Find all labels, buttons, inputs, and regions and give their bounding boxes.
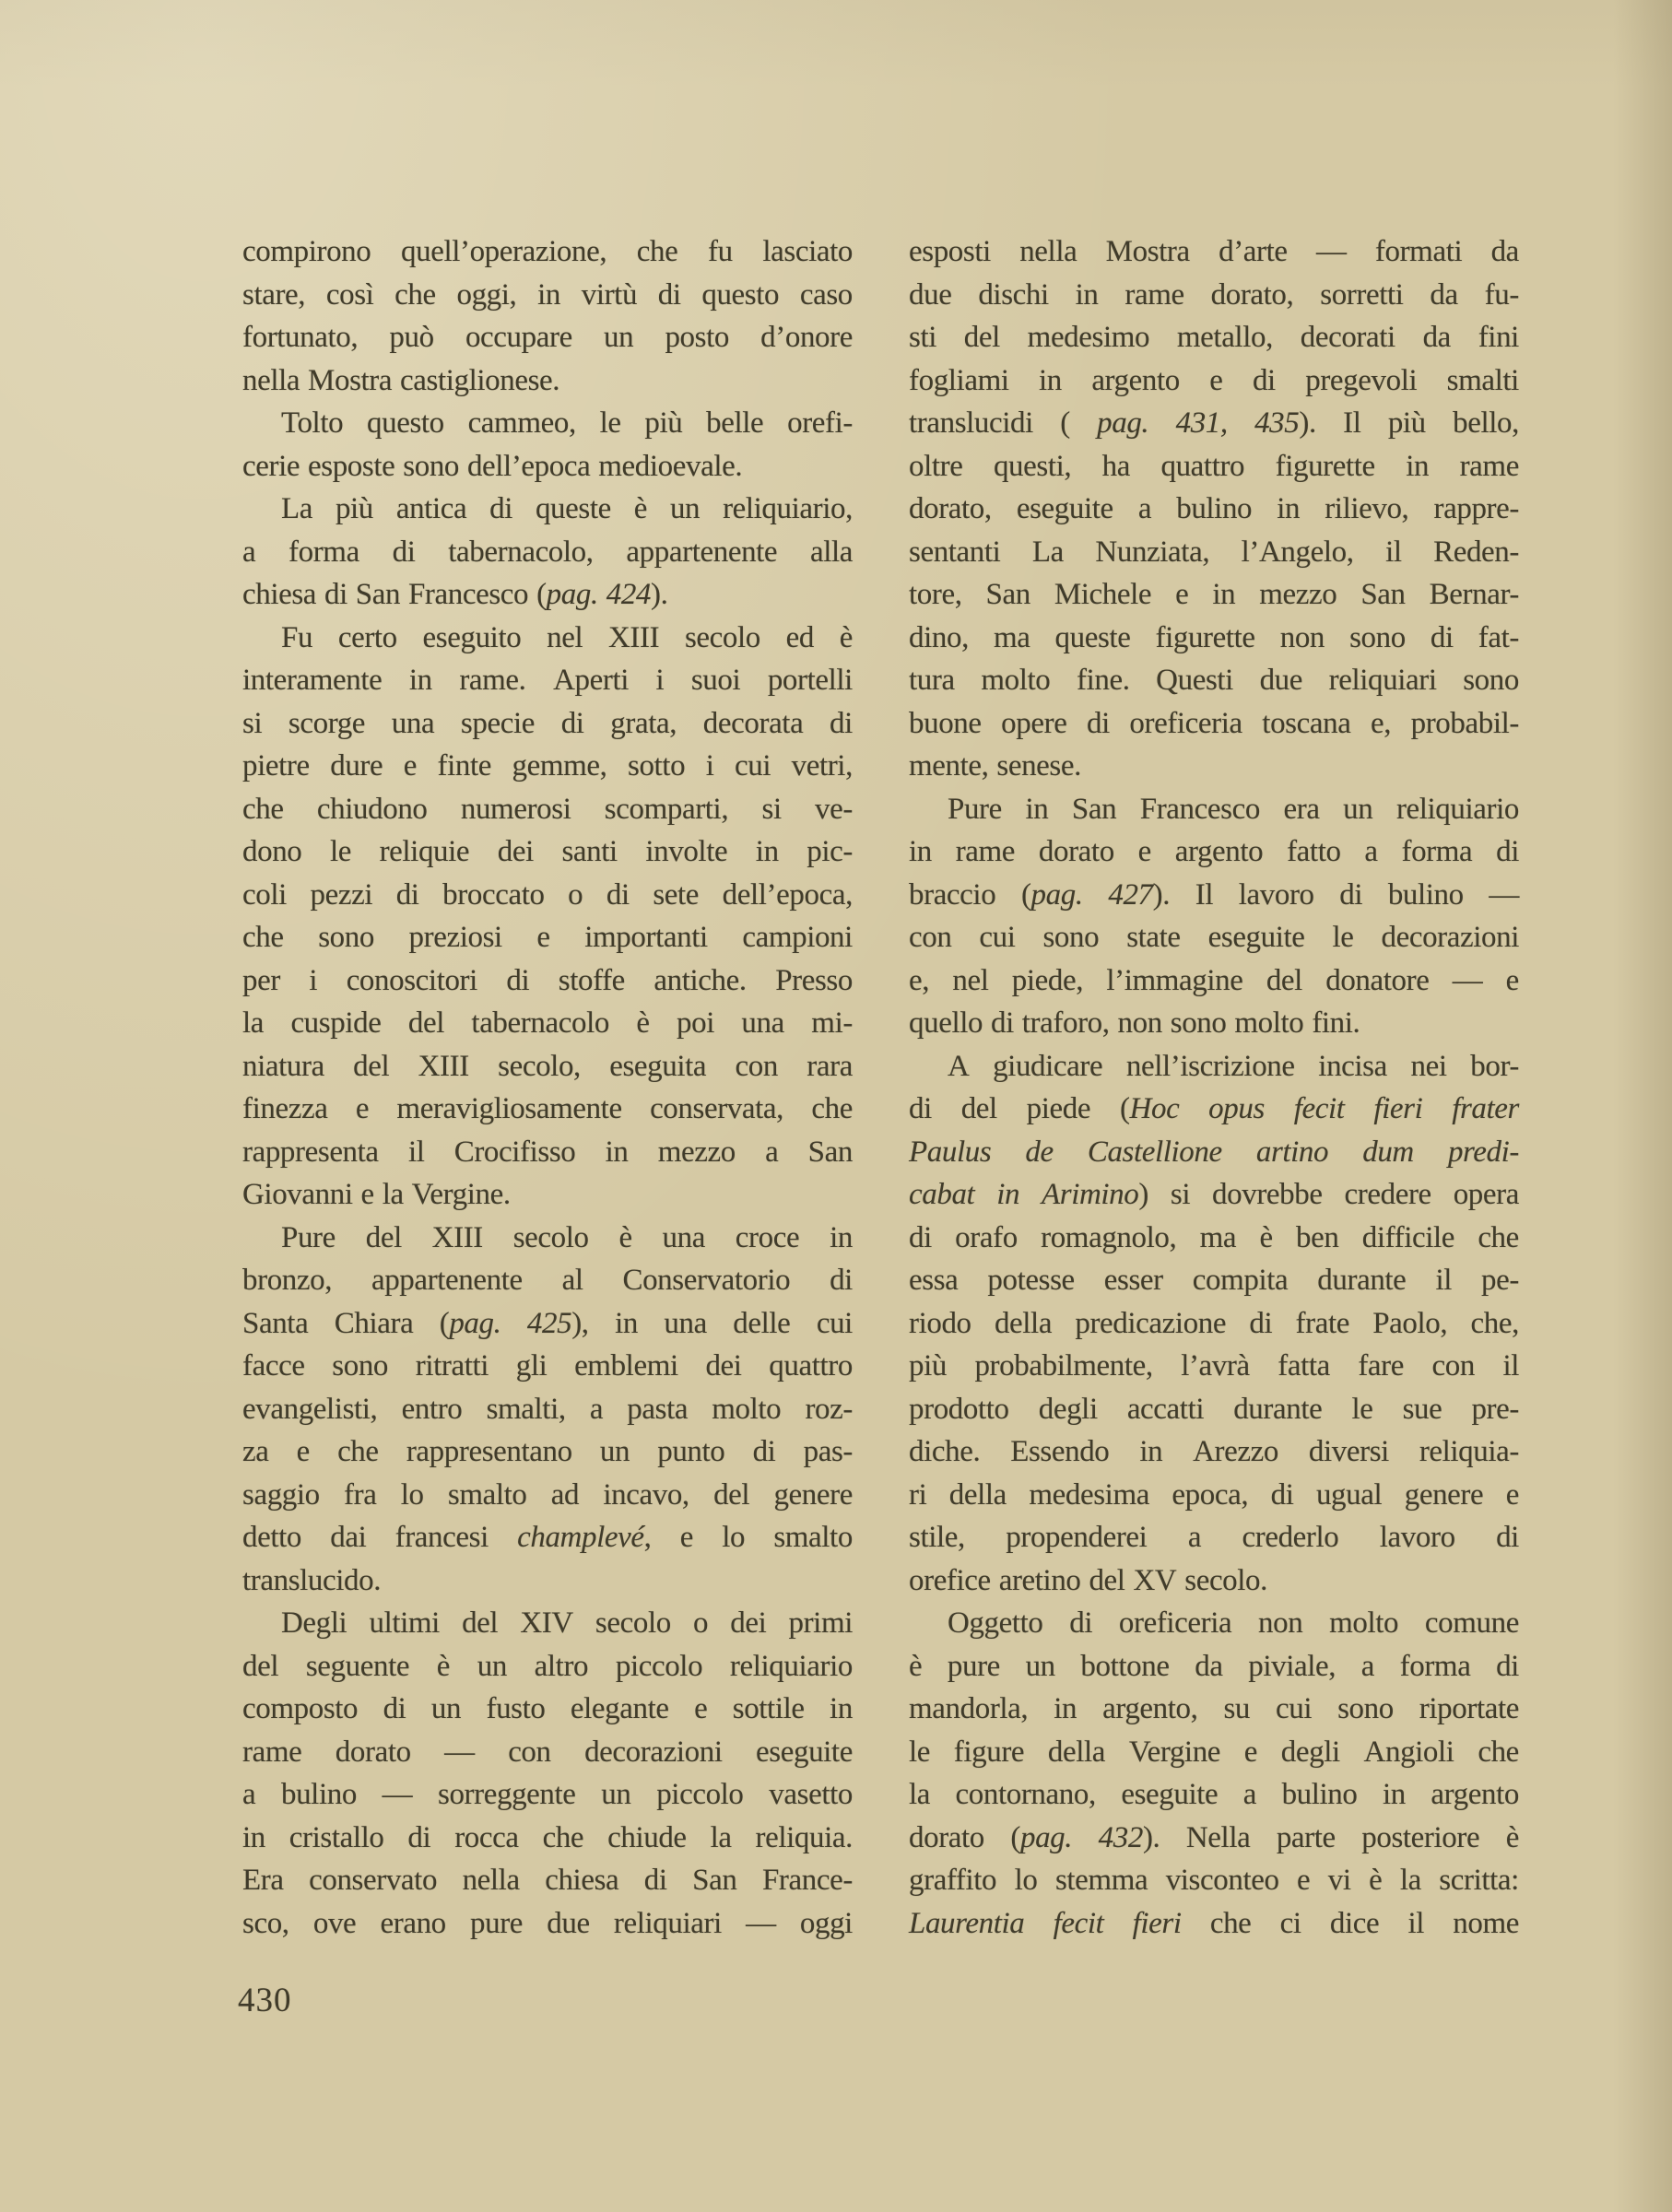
word: fu xyxy=(708,230,733,274)
text-line: interamenteinrame.Apertiisuoiportelli xyxy=(242,659,853,702)
word: Pure xyxy=(948,788,1002,831)
word: che xyxy=(242,788,284,831)
word: Vergine. xyxy=(412,1173,511,1217)
word: è xyxy=(618,1217,631,1260)
word: queste xyxy=(536,488,611,531)
word: fare xyxy=(1358,1345,1404,1388)
word: virtù xyxy=(582,274,637,317)
word: reliquie xyxy=(380,830,470,874)
word: e xyxy=(361,1173,374,1217)
word: di xyxy=(753,1430,776,1474)
text-line: prodottodegliaccattidurantelesuepre- xyxy=(909,1388,1519,1431)
text-line: incristallodiroccachechiudelareliquia. xyxy=(242,1817,853,1860)
text-line: nellaMostracastiglionese. xyxy=(242,359,853,403)
word: pezzi xyxy=(310,874,372,917)
word: Mostra xyxy=(1106,230,1190,274)
word: in xyxy=(606,1131,629,1174)
word: Nella xyxy=(1186,1817,1250,1860)
word: genere xyxy=(1405,1474,1484,1517)
word: sono xyxy=(1171,1002,1227,1045)
word: sete xyxy=(653,874,699,917)
word: rappre- xyxy=(1434,488,1519,531)
word: Santa xyxy=(242,1302,308,1346)
word: Crocifisso xyxy=(454,1131,576,1174)
word: ritratti xyxy=(416,1345,489,1388)
word: così xyxy=(326,274,374,317)
word: Laurentia xyxy=(909,1902,1024,1946)
text-line: dioraforomagnolo,maèbendifficileche xyxy=(909,1217,1519,1260)
word: parte xyxy=(1277,1817,1336,1860)
word: San xyxy=(1360,573,1405,617)
word: incisa xyxy=(1318,1045,1387,1088)
word: grata, xyxy=(610,702,677,746)
word: probabilmente, xyxy=(974,1345,1152,1388)
word: è xyxy=(840,617,853,660)
word: reliquiario xyxy=(1396,788,1519,831)
text-line: duedischiinramedorato,sorrettidafu- xyxy=(909,274,1519,317)
word: figurette xyxy=(1276,445,1375,488)
word: scritta: xyxy=(1439,1859,1519,1902)
word: i xyxy=(656,659,665,702)
word: roz- xyxy=(805,1388,853,1431)
word: XIII xyxy=(608,617,659,660)
word: sono xyxy=(332,1345,388,1388)
word: decorata xyxy=(703,702,804,746)
word: vasetto xyxy=(769,1773,853,1817)
word: a xyxy=(242,531,255,574)
text-line: delseguenteèunaltropiccoloreliquiario xyxy=(242,1645,853,1688)
word: sono xyxy=(1349,617,1406,660)
word: giudicare xyxy=(993,1045,1102,1088)
word: rame xyxy=(242,1731,301,1774)
word: la xyxy=(383,1173,404,1217)
word: mandorla, xyxy=(909,1688,1028,1731)
word: (pag. xyxy=(536,573,598,617)
word: predicazione xyxy=(1075,1302,1226,1346)
word: fu- xyxy=(1485,274,1519,317)
word: di xyxy=(909,1217,932,1260)
word: pre- xyxy=(1471,1388,1519,1431)
text-line: tore,SanMicheleeinmezzoSanBernar- xyxy=(909,573,1519,617)
word: cabat xyxy=(909,1173,974,1217)
word: fusto xyxy=(486,1688,545,1731)
word: seguente xyxy=(306,1645,409,1688)
text-line: e,nelpiede,l’immaginedeldonatore—e xyxy=(909,959,1519,1003)
word: lasciato xyxy=(762,230,853,274)
word: castiglionese. xyxy=(400,359,559,403)
word: predi- xyxy=(1448,1131,1519,1174)
word: degli xyxy=(1039,1388,1098,1431)
word: dei xyxy=(730,1602,766,1645)
word: incavo, xyxy=(603,1474,689,1517)
word: conservata, xyxy=(650,1088,783,1131)
word: di xyxy=(1271,1474,1294,1517)
word: fatta xyxy=(1278,1345,1330,1388)
word: è xyxy=(1369,1859,1382,1902)
word: visconteo xyxy=(1166,1859,1279,1902)
word: numerosi xyxy=(461,788,571,831)
word: sorretti xyxy=(1320,274,1403,317)
word: frate xyxy=(1296,1302,1349,1346)
word: la xyxy=(242,1002,264,1045)
word: sotto xyxy=(628,745,685,788)
word: ci xyxy=(1280,1902,1301,1946)
text-line: piùprobabilmente,l’avràfattafareconil xyxy=(909,1345,1519,1388)
word: più xyxy=(1388,402,1426,445)
text-line: Toltoquestocammeo,lepiùbelleorefi- xyxy=(242,402,853,445)
word: forma xyxy=(1400,1645,1471,1688)
word: San xyxy=(692,1859,736,1902)
word: smalti xyxy=(1447,359,1519,403)
word: di xyxy=(909,1088,932,1131)
word: Fu xyxy=(281,617,312,660)
word: medioevale. xyxy=(598,445,742,488)
word: fat- xyxy=(1478,617,1519,660)
word: nella xyxy=(463,1859,520,1902)
word: meravigliosamente xyxy=(396,1088,621,1131)
word: ultimi xyxy=(369,1602,439,1645)
word: dorato, xyxy=(909,488,992,531)
word: 424). xyxy=(606,573,668,617)
word: oggi xyxy=(800,1902,853,1946)
word: pure xyxy=(948,1645,1000,1688)
word: più xyxy=(909,1345,947,1388)
word: secolo, xyxy=(498,1045,581,1088)
word: un xyxy=(604,316,633,359)
word: pasta xyxy=(627,1388,688,1431)
word: — xyxy=(1453,959,1483,1003)
word: più xyxy=(336,488,373,531)
word: stile, xyxy=(909,1516,965,1559)
word: il xyxy=(1502,1345,1519,1388)
text-line: oreficearetinodelXVsecolo. xyxy=(909,1559,1519,1603)
text-line: evangelisti,entrosmalti,apastamoltoroz- xyxy=(242,1388,853,1431)
word: suoi xyxy=(691,659,740,702)
text-line: stile,propendereiacrederlolavorodi xyxy=(909,1516,1519,1559)
text-line: compironoquell’operazione,chefulasciato xyxy=(242,230,853,274)
word: di xyxy=(1253,359,1276,403)
word: del xyxy=(961,1088,997,1131)
word: punto xyxy=(657,1430,724,1474)
word: Il xyxy=(1343,402,1360,445)
word: la xyxy=(711,1817,732,1860)
left-text-column: compironoquell’operazione,chefulasciatos… xyxy=(242,230,853,1945)
word: fecit xyxy=(1054,1902,1104,1946)
word: oreficeria xyxy=(1129,702,1242,746)
word: Era xyxy=(242,1859,284,1902)
text-line: PureinSanFrancescoeraunreliquiario xyxy=(909,788,1519,831)
word: rame xyxy=(1124,274,1183,317)
text-line: PuredelXIIIsecoloèunacrocein xyxy=(242,1217,853,1260)
word: in xyxy=(537,274,560,317)
word: Oggetto xyxy=(948,1602,1043,1645)
word: Arimino) xyxy=(1042,1173,1148,1217)
word: portelli xyxy=(768,659,853,702)
word: che xyxy=(394,274,436,317)
word: epoca, xyxy=(1172,1474,1248,1517)
text-line: dettodaifrancesichamplevé,elosmalto xyxy=(242,1516,853,1559)
word: della xyxy=(949,1474,1007,1517)
word: orefi- xyxy=(787,402,853,445)
word: sono xyxy=(1463,659,1519,702)
word: conservato xyxy=(309,1859,437,1902)
word: francesi xyxy=(395,1516,489,1559)
text-line: stare,cosìcheoggi,invirtùdiquestocaso xyxy=(242,274,853,317)
word: che, xyxy=(1471,1302,1519,1346)
word: dai xyxy=(330,1516,366,1559)
word: La xyxy=(1032,531,1064,574)
word: facce xyxy=(242,1345,305,1388)
word: dell’epoca, xyxy=(723,874,853,917)
word: mezzo xyxy=(658,1131,736,1174)
text-line: niaturadelXIIIsecolo,eseguitaconrara xyxy=(242,1045,853,1088)
word: dell’epoca xyxy=(467,445,590,488)
text-line: SantaChiara(pag.425),inunadellecui xyxy=(242,1302,853,1346)
word: reliquiari xyxy=(1329,659,1437,702)
word: toscana xyxy=(1262,702,1350,746)
word: eseguite xyxy=(1121,1773,1218,1817)
word: romagnolo, xyxy=(1041,1217,1176,1260)
word: potesse xyxy=(987,1259,1074,1302)
word: piede xyxy=(1027,1088,1090,1131)
word: donatore xyxy=(1325,959,1429,1003)
word: di xyxy=(644,1859,667,1902)
text-line: dorato(pag.432).Nellaparteposterioreè xyxy=(909,1817,1519,1860)
word: state xyxy=(1126,916,1180,959)
word: dice xyxy=(1330,1902,1379,1946)
word: i xyxy=(706,745,714,788)
word: genere xyxy=(773,1474,853,1517)
word: o xyxy=(693,1602,708,1645)
word: interamente xyxy=(242,659,382,702)
word: il xyxy=(1435,1259,1452,1302)
word: graffito xyxy=(909,1859,996,1902)
word: probabil- xyxy=(1411,702,1519,746)
word: piede, xyxy=(1012,959,1083,1003)
word: decorazioni xyxy=(1381,916,1519,959)
word: del xyxy=(242,1645,278,1688)
word: da xyxy=(1423,316,1451,359)
word: smalto xyxy=(773,1516,853,1559)
word: che xyxy=(242,916,284,959)
word: fini. xyxy=(1312,1002,1360,1045)
word: cui xyxy=(735,745,771,788)
text-line: mente,senese. xyxy=(909,745,1519,788)
word: pregevoli xyxy=(1305,359,1417,403)
word: e xyxy=(1175,573,1188,617)
word: XIV xyxy=(520,1602,572,1645)
text-line: zaecherappresentanounpuntodipas- xyxy=(242,1430,853,1474)
word: a xyxy=(1364,830,1377,874)
word: — xyxy=(1489,874,1519,917)
word: Chiara xyxy=(335,1302,414,1346)
text-line: compostodiunfustoeleganteesottilein xyxy=(242,1688,853,1731)
word: un xyxy=(1026,1645,1055,1688)
word: A xyxy=(948,1045,969,1088)
text-line: mandorla,inargento,sucuisonoriportate xyxy=(909,1688,1519,1731)
text-line: diche.EssendoinArezzodiversireliquia- xyxy=(909,1430,1519,1474)
word: Bernar- xyxy=(1430,573,1519,617)
word: forma xyxy=(1401,830,1472,874)
word: coli xyxy=(242,874,287,917)
word: d’arte xyxy=(1219,230,1288,274)
word: nel xyxy=(952,959,988,1003)
word: le xyxy=(330,830,351,874)
word: lavoro xyxy=(1239,874,1314,917)
word: e xyxy=(297,1430,310,1474)
word: niatura xyxy=(242,1045,324,1088)
word: pas- xyxy=(804,1430,853,1474)
word: reliquiario xyxy=(730,1645,853,1688)
word: lavoro xyxy=(1380,1516,1455,1559)
word: si xyxy=(1171,1173,1190,1217)
text-line: rappresentailCrocifissoinmezzoaSan xyxy=(242,1131,853,1174)
text-line: Agiudicarenell’iscrizioneincisaneibor- xyxy=(909,1045,1519,1088)
word: due xyxy=(1260,659,1302,702)
word: senese. xyxy=(996,745,1081,788)
word: una xyxy=(664,1302,706,1346)
word: eseguite xyxy=(1017,488,1113,531)
word: Paulus xyxy=(909,1131,991,1174)
word: braccio xyxy=(909,874,995,917)
word: del xyxy=(408,1002,444,1045)
text-line: braccio(pag.427).Illavorodibulino— xyxy=(909,874,1519,917)
word: sono xyxy=(318,916,374,959)
word: contornano, xyxy=(956,1773,1096,1817)
page-number: 430 xyxy=(238,1980,292,2022)
word: lo xyxy=(401,1474,424,1517)
word: medesimo xyxy=(1028,316,1149,359)
word: ri xyxy=(909,1474,926,1517)
word: evangelisti, xyxy=(242,1388,377,1431)
word: ed xyxy=(786,617,814,660)
word: a xyxy=(242,1773,255,1817)
word: ma xyxy=(994,617,1030,660)
word: e xyxy=(404,745,417,788)
word: campioni xyxy=(742,916,853,959)
word: del xyxy=(366,1217,402,1260)
word: La xyxy=(281,488,312,531)
text-line: buoneoperedioreficeriatoscanae,probabil- xyxy=(909,702,1519,746)
word: la xyxy=(909,1773,930,1817)
text-line: abulino—sorreggenteunpiccolovasetto xyxy=(242,1773,853,1817)
word: nell’iscrizione xyxy=(1126,1045,1295,1088)
word: pic- xyxy=(807,830,853,874)
word: elegante xyxy=(571,1688,669,1731)
word: su xyxy=(1223,1688,1250,1731)
text-line: concuisonostateeseguiteledecorazioni xyxy=(909,916,1519,959)
word: una xyxy=(741,1002,783,1045)
text-line: essapotesseessercompitaduranteilpe- xyxy=(909,1259,1519,1302)
word: vi xyxy=(1328,1859,1351,1902)
word: 431, xyxy=(1176,402,1228,445)
word: Vergine xyxy=(1129,1731,1220,1774)
word: che xyxy=(1478,1217,1519,1260)
word: a xyxy=(1138,488,1151,531)
word: buone xyxy=(909,702,982,746)
word: XIII xyxy=(432,1217,483,1260)
text-line: èpureunbottonedapiviale,aformadi xyxy=(909,1645,1519,1688)
text-line: FucertoeseguitonelXIIIsecoloedè xyxy=(242,617,853,660)
text-line: chiesadiSanFrancesco(pag.424). xyxy=(242,573,853,617)
book-page: compironoquell’operazione,chefulasciatos… xyxy=(0,0,1672,2212)
word: chiesa xyxy=(545,1859,618,1902)
word: vetri, xyxy=(792,745,853,788)
word: a xyxy=(1243,1773,1256,1817)
word: credere xyxy=(1345,1173,1431,1217)
word: una xyxy=(392,702,434,746)
word: frater xyxy=(1452,1088,1519,1131)
word: di xyxy=(489,488,512,531)
word: (Hoc xyxy=(1120,1088,1179,1131)
word: la xyxy=(1400,1859,1421,1902)
word: rilievo, xyxy=(1325,488,1408,531)
word: figure xyxy=(954,1731,1024,1774)
text-line: lefiguredellaVergineedegliAngioliche xyxy=(909,1731,1519,1774)
word: secolo xyxy=(513,1217,589,1260)
word: tabernacolo xyxy=(471,1002,609,1045)
word: piccolo xyxy=(656,1773,743,1817)
text-line: sentantiLaNunziata,l’Angelo,ilReden- xyxy=(909,531,1519,574)
text-line: periconoscitoridistoffeantiche.Presso xyxy=(242,959,853,1003)
word: nella xyxy=(1019,230,1077,274)
word: con xyxy=(909,916,951,959)
word: e xyxy=(680,1516,693,1559)
word: — xyxy=(1316,230,1347,274)
word: cui xyxy=(1276,1688,1312,1731)
word: Degli xyxy=(281,1602,347,1645)
word: di xyxy=(830,702,853,746)
word: rocca xyxy=(454,1817,518,1860)
word: rame. xyxy=(459,659,525,702)
word: santi xyxy=(561,830,617,874)
word: bello, xyxy=(1453,402,1519,445)
word: in xyxy=(615,1302,638,1346)
text-line: siscorgeunaspeciedigrata,decoratadi xyxy=(242,702,853,746)
word: piviale, xyxy=(1248,1645,1336,1688)
word: sorreggente xyxy=(438,1773,576,1817)
word: del xyxy=(1089,1559,1124,1603)
word: tura xyxy=(909,659,955,702)
word: fecit xyxy=(1294,1088,1345,1131)
word: finte xyxy=(438,745,491,788)
word: ben xyxy=(1296,1217,1338,1260)
word: Tolto xyxy=(281,402,343,445)
word: ad xyxy=(551,1474,579,1517)
word: di xyxy=(561,702,584,746)
word: alla xyxy=(810,531,853,574)
text-line: quelloditraforo,nonsonomoltofini. xyxy=(909,1002,1519,1045)
word: in xyxy=(1054,1688,1077,1731)
text-line: chesonopreziosieimportanticampioni xyxy=(242,916,853,959)
word: stoffe xyxy=(559,959,625,1003)
text-line: bronzo,appartenentealConservatoriodi xyxy=(242,1259,853,1302)
word: — xyxy=(444,1731,475,1774)
word: in xyxy=(1039,359,1062,403)
word: dorato xyxy=(1039,830,1114,874)
word: argento, xyxy=(1102,1688,1197,1731)
word: accatti xyxy=(1127,1388,1204,1431)
word: secolo. xyxy=(1184,1559,1267,1603)
word: a xyxy=(590,1388,603,1431)
word: San xyxy=(356,573,400,617)
word: saggio xyxy=(242,1474,320,1517)
word: della xyxy=(995,1302,1052,1346)
word: e, xyxy=(1371,702,1391,746)
word: za xyxy=(242,1430,269,1474)
word: le xyxy=(1351,1388,1372,1431)
text-line: GiovannielaVergine. xyxy=(242,1173,853,1217)
